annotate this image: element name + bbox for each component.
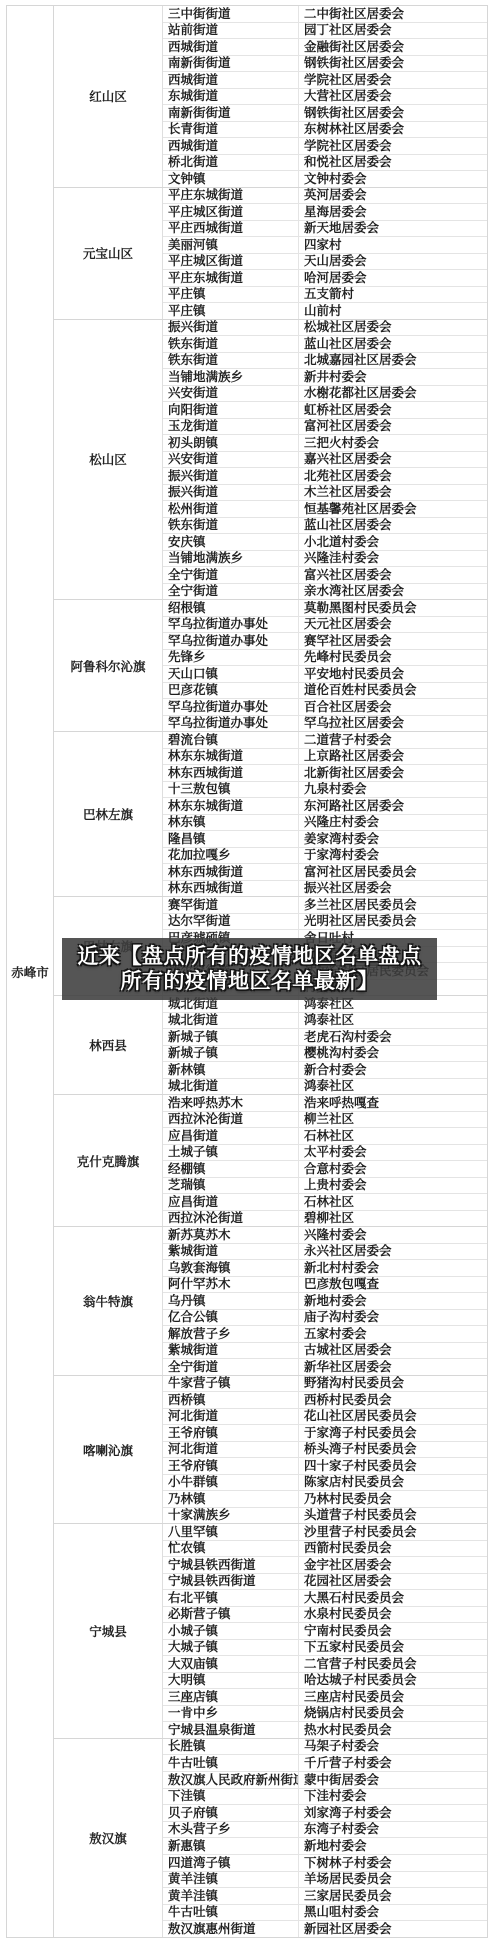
city-label-cell: 赤峰市: [7, 6, 54, 1937]
street-cell: 平庄西城街道: [163, 221, 299, 237]
district-cell: 翁牛特旗: [54, 1227, 163, 1375]
table-row: 巴彦花镇道伦百姓村民委员会: [163, 683, 487, 700]
table-row: 宁城县铁西街道金宇社区居委会: [163, 1557, 487, 1574]
street-cell: 四道湾子镇: [163, 1855, 299, 1871]
committee-cell: 亲水湾社区居委会: [299, 584, 487, 600]
table-row: 东城街道大营社区居委会: [163, 89, 487, 106]
committee-cell: 二中街社区居委会: [299, 6, 487, 22]
street-cell: 河北街道: [163, 1409, 299, 1425]
district-rows: 绍根镇莫勒黑图村民委员会罕乌拉街道办事处天元社区居委会罕乌拉街道办事处赛罕社区居…: [163, 600, 487, 731]
street-cell: 宁城县铁西街道: [163, 1557, 299, 1573]
street-cell: 西拉沐沦街道: [163, 1112, 299, 1128]
street-cell: 下洼镇: [163, 1789, 299, 1805]
committee-cell: 西箭村民委员会: [299, 1541, 487, 1557]
table-row: 桥北街道和悦社区居委会: [163, 155, 487, 172]
street-cell: 罕乌拉街道办事处: [163, 617, 299, 633]
district-section: 阿鲁科尔沁旗绍根镇莫勒黑图村民委员会罕乌拉街道办事处天元社区居委会罕乌拉街道办事…: [54, 600, 487, 732]
committee-cell: 四十家子村民委员会: [299, 1458, 487, 1474]
district-rows: 新苏莫苏木兴隆村委会紫城街道永兴社区居委会乌敦套海镇新北村村委会阿什罕苏木巴彦敖…: [163, 1227, 487, 1375]
table-row: 美丽河镇四家村: [163, 237, 487, 254]
table-row: 大城子镇下五家村民委员会: [163, 1640, 487, 1657]
street-cell: 三中街街道: [163, 6, 299, 22]
table-row: 振兴街道松城社区居委会: [163, 320, 487, 337]
street-cell: 新林镇: [163, 1062, 299, 1078]
committee-cell: 新华社区居委会: [299, 1359, 487, 1375]
table-row: 兴安街道水榭花都社区居委会: [163, 386, 487, 403]
street-cell: 兴安街道: [163, 452, 299, 468]
table-row: 三座店镇三座店村民委员会: [163, 1689, 487, 1706]
table-row: 新城子镇樱桃沟村委会: [163, 1046, 487, 1063]
committee-cell: 西桥村民委员会: [299, 1392, 487, 1408]
district-rows: 长胜镇马架子村委会牛古吐镇千斤营子村委会敖汉旗人民政府新州街道办事处蒙中街居委会…: [163, 1739, 487, 1937]
committee-cell: 下五家村民委员会: [299, 1640, 487, 1656]
street-cell: 东城街道: [163, 89, 299, 105]
street-cell: 小牛群镇: [163, 1475, 299, 1491]
table-row: 铁东街道北城嘉园社区居委会: [163, 353, 487, 370]
committee-cell: 马架子村委会: [299, 1739, 487, 1755]
table-row: 平庄镇五支箭村: [163, 287, 487, 304]
committee-cell: 九泉村委会: [299, 782, 487, 798]
street-cell: 乌敦套海镇: [163, 1260, 299, 1276]
committee-cell: 哈达城子村民委员会: [299, 1673, 487, 1689]
committee-cell: 老虎石沟村委会: [299, 1029, 487, 1045]
table-row: 乃林镇乃林村民委员会: [163, 1491, 487, 1508]
committee-cell: 宁南村民委员会: [299, 1623, 487, 1639]
table-row: 全宁街道亲水湾社区居委会: [163, 584, 487, 600]
committee-cell: 兴隆庄村委会: [299, 815, 487, 831]
committee-cell: 钢铁街社区居委会: [299, 105, 487, 121]
street-cell: 牛家营子镇: [163, 1376, 299, 1392]
district-cell: 宁城县: [54, 1524, 163, 1738]
committee-cell: 下洼村委会: [299, 1789, 487, 1805]
committee-cell: 大营社区居委会: [299, 89, 487, 105]
table-row: 西拉沐沦街道柳兰社区: [163, 1112, 487, 1129]
district-section: 元宝山区平庄东城街道英河居委会平庄城区街道星海居委会平庄西城街道新天地居委会美丽…: [54, 188, 487, 320]
table-row: 浩来呼热苏木浩来呼热嘎查: [163, 1095, 487, 1112]
committee-cell: 沙里营子村民委员会: [299, 1524, 487, 1540]
district-cell: 松山区: [54, 320, 163, 600]
street-cell: 大明镇: [163, 1673, 299, 1689]
committee-cell: 新井村委会: [299, 369, 487, 385]
committee-cell: 羊场居民委员会: [299, 1872, 487, 1888]
table-row: 小牛群镇陈家店村民委员会: [163, 1475, 487, 1492]
committee-cell: 庙子沟村委会: [299, 1310, 487, 1326]
committee-cell: 园丁社区居委会: [299, 23, 487, 39]
street-cell: 十家满族乡: [163, 1508, 299, 1524]
committee-cell: 巴彦敖包嘎查: [299, 1277, 487, 1293]
committee-cell: 永兴社区居委会: [299, 1244, 487, 1260]
committee-cell: 天元社区居委会: [299, 617, 487, 633]
street-cell: 玉龙街道: [163, 419, 299, 435]
table-row: 林东西城街道振兴社区居委会: [163, 881, 487, 897]
committee-cell: 新合村委会: [299, 1062, 487, 1078]
committee-cell: 兴隆村委会: [299, 1227, 487, 1243]
district-section: 敖汉旗长胜镇马架子村委会牛古吐镇千斤营子村委会敖汉旗人民政府新州街道办事处蒙中街…: [54, 1739, 487, 1937]
table-row: 平庄东城街道英河居委会: [163, 188, 487, 205]
committee-cell: 桥头湾子村民委员会: [299, 1442, 487, 1458]
committee-cell: 花山社区居民委员会: [299, 1409, 487, 1425]
street-cell: 罕乌拉街道办事处: [163, 699, 299, 715]
table-row: 芝瑞镇上贵村委会: [163, 1178, 487, 1195]
committee-cell: 振兴社区居委会: [299, 881, 487, 897]
committee-cell: 虹桥社区居委会: [299, 402, 487, 418]
street-cell: 林东西城街道: [163, 765, 299, 781]
committee-cell: 新天地居委会: [299, 221, 487, 237]
street-cell: 新城子镇: [163, 1046, 299, 1062]
table-row: 八里罕镇沙里营子村民委员会: [163, 1524, 487, 1541]
street-cell: 乃林镇: [163, 1491, 299, 1507]
table-row: 河北街道花山社区居民委员会: [163, 1409, 487, 1426]
street-cell: 西城街道: [163, 39, 299, 55]
table-row: 亿合公镇庙子沟村委会: [163, 1310, 487, 1327]
committee-cell: 英河居委会: [299, 188, 487, 204]
district-cell: 阿鲁科尔沁旗: [54, 600, 163, 731]
table-row: 城北街道鸿泰社区: [163, 1079, 487, 1095]
street-cell: 解放营子乡: [163, 1326, 299, 1342]
district-section: 宁城县八里罕镇沙里营子村民委员会忙农镇西箭村民委员会宁城县铁西街道金宇社区居委会…: [54, 1524, 487, 1739]
committee-cell: 新地村委会: [299, 1838, 487, 1854]
committee-cell: 嘉兴社区居委会: [299, 452, 487, 468]
street-cell: 西桥镇: [163, 1392, 299, 1408]
table-row: 乌丹镇新地村委会: [163, 1293, 487, 1310]
table-row: 宁城县铁西街道花园社区居委会: [163, 1574, 487, 1591]
committee-cell: 花园社区居委会: [299, 1574, 487, 1590]
committee-cell: 新地村委会: [299, 1293, 487, 1309]
committee-cell: 刘家湾子村委会: [299, 1805, 487, 1821]
committee-cell: 蓝山社区居委会: [299, 336, 487, 352]
page: 赤峰市 红山区三中街街道二中街社区居委会站前街道园丁社区居委会西城街道金融街社区…: [0, 0, 500, 1943]
table-row: 隆昌镇姜家湾村委会: [163, 831, 487, 848]
table-row: 下洼镇下洼村委会: [163, 1789, 487, 1806]
street-cell: 亿合公镇: [163, 1310, 299, 1326]
committee-cell: 于家湾村委会: [299, 848, 487, 864]
table-row: 向阳街道虹桥社区居委会: [163, 402, 487, 419]
committee-cell: 金融街社区居委会: [299, 39, 487, 55]
street-cell: 先锋乡: [163, 650, 299, 666]
table-row: 三中街街道二中街社区居委会: [163, 6, 487, 23]
committee-cell: 莫勒黑图村民委员会: [299, 600, 487, 616]
table-row: 应昌街道石林社区: [163, 1128, 487, 1145]
district-rows: 平庄东城街道英河居委会平庄城区街道星海居委会平庄西城街道新天地居委会美丽河镇四家…: [163, 188, 487, 319]
street-cell: 林东东城街道: [163, 749, 299, 765]
committee-cell: 上京路社区居委会: [299, 749, 487, 765]
committee-cell: 多兰社区居民委员会: [299, 897, 487, 913]
district-cell: 克什克腾旗: [54, 1095, 163, 1226]
district-rows: 浩来呼热苏木浩来呼热嘎查西拉沐沦街道柳兰社区应昌街道石林社区土城子镇太平村委会经…: [163, 1095, 487, 1226]
table-row: 当铺地满族乡兴隆洼村委会: [163, 551, 487, 568]
table-row: 敖汉旗人民政府新州街道办事处蒙中街居委会: [163, 1772, 487, 1789]
table-row: 西城街道金融街社区居委会: [163, 39, 487, 56]
street-cell: 紫城街道: [163, 1343, 299, 1359]
committee-cell: 蓝山社区居委会: [299, 518, 487, 534]
street-cell: 松州街道: [163, 501, 299, 517]
committee-cell: 小北道村委会: [299, 534, 487, 550]
table-row: 松州街道恒基馨苑社区居委会: [163, 501, 487, 518]
table-row: 牛家营子镇野猪沟村民委员会: [163, 1376, 487, 1393]
table-row: 西拉沐沦街道碧柳社区: [163, 1211, 487, 1227]
committee-cell: 木兰社区居委会: [299, 485, 487, 501]
table-row: 牛古吐镇千斤营子村委会: [163, 1755, 487, 1772]
table-row: 花加拉嘎乡于家湾村委会: [163, 848, 487, 865]
district-cell: 敖汉旗: [54, 1739, 163, 1937]
table-row: 安庆镇小北道村委会: [163, 534, 487, 551]
street-cell: 碧流台镇: [163, 732, 299, 748]
committee-cell: 碧柳社区: [299, 1211, 487, 1227]
street-cell: 当铺地满族乡: [163, 369, 299, 385]
street-cell: 新苏莫苏木: [163, 1227, 299, 1243]
committee-cell: 石林社区: [299, 1194, 487, 1210]
street-cell: 巴彦花镇: [163, 683, 299, 699]
table-row: 林东东城街道东河路社区居委会: [163, 798, 487, 815]
street-cell: 八里罕镇: [163, 1524, 299, 1540]
table-row: 西城街道学院社区居委会: [163, 72, 487, 89]
street-cell: 赛罕街道: [163, 897, 299, 913]
street-cell: 振兴街道: [163, 485, 299, 501]
table-row: 宁城县温泉街道热水村民委员会: [163, 1722, 487, 1738]
table-row: 全宁街道富兴社区居委会: [163, 567, 487, 584]
committee-cell: 头道营子村民委员会: [299, 1508, 487, 1524]
committee-cell: 姜家湾村委会: [299, 831, 487, 847]
table-row: 西桥镇西桥村民委员会: [163, 1392, 487, 1409]
committee-cell: 三把火村委会: [299, 435, 487, 451]
committee-cell: 百合社区居委会: [299, 699, 487, 715]
committee-cell: 东河路社区居委会: [299, 798, 487, 814]
street-cell: 浩来呼热苏木: [163, 1095, 299, 1111]
table-row: 平庄西城街道新天地居委会: [163, 221, 487, 238]
committee-cell: 合意村委会: [299, 1161, 487, 1177]
committee-cell: 二道营子村委会: [299, 732, 487, 748]
table-row: 先锋乡先峰村民委员会: [163, 650, 487, 667]
table-row: 平庄镇山前村: [163, 303, 487, 319]
committee-cell: 东湾子村委会: [299, 1822, 487, 1838]
committee-cell: 学院社区居委会: [299, 72, 487, 88]
street-cell: 长胜镇: [163, 1739, 299, 1755]
street-cell: 黄羊洼镇: [163, 1888, 299, 1904]
committee-cell: 太平村委会: [299, 1145, 487, 1161]
table-row: 忙农镇西箭村民委员会: [163, 1541, 487, 1558]
table-row: 乌敦套海镇新北村村委会: [163, 1260, 487, 1277]
street-cell: 铁东街道: [163, 518, 299, 534]
table-row: 黄羊洼镇三家居民委员会: [163, 1888, 487, 1905]
street-cell: 平庄镇: [163, 287, 299, 303]
district-section: 松山区振兴街道松城社区居委会铁东街道蓝山社区居委会铁东街道北城嘉园社区居委会当铺…: [54, 320, 487, 601]
district-cell: 红山区: [54, 6, 163, 187]
street-cell: 宁城县温泉街道: [163, 1722, 299, 1738]
committee-cell: 钢铁街社区居委会: [299, 56, 487, 72]
street-cell: 安庆镇: [163, 534, 299, 550]
street-cell: 平庄东城街道: [163, 188, 299, 204]
table-row: 天山口镇平安地村民委员会: [163, 666, 487, 683]
table-row: 林东西城街道北新街社区居委会: [163, 765, 487, 782]
table-row: 绍根镇莫勒黑图村民委员会: [163, 600, 487, 617]
committee-cell: 二官营子村民委员会: [299, 1656, 487, 1672]
street-cell: 初头朗镇: [163, 435, 299, 451]
street-cell: 必斯营子镇: [163, 1607, 299, 1623]
committee-cell: 哈河居委会: [299, 270, 487, 286]
table-row: 新林镇新合村委会: [163, 1062, 487, 1079]
table-row: 黄羊洼镇羊场居民委员会: [163, 1872, 487, 1889]
street-cell: 全宁街道: [163, 567, 299, 583]
committee-cell: 古城社区居委会: [299, 1343, 487, 1359]
table-row: 林东镇兴隆庄村委会: [163, 815, 487, 832]
street-cell: 河北街道: [163, 1442, 299, 1458]
street-cell: 小城子镇: [163, 1623, 299, 1639]
table-row: 解放营子乡五家村委会: [163, 1326, 487, 1343]
street-cell: 全宁街道: [163, 584, 299, 600]
table-row: 兴安街道嘉兴社区居委会: [163, 452, 487, 469]
street-cell: 忙农镇: [163, 1541, 299, 1557]
district-rows: 八里罕镇沙里营子村民委员会忙农镇西箭村民委员会宁城县铁西街道金宇社区居委会宁城县…: [163, 1524, 487, 1738]
district-rows: 三中街街道二中街社区居委会站前街道园丁社区居委会西城街道金融街社区居委会南新街街…: [163, 6, 487, 187]
street-cell: 新城子镇: [163, 1029, 299, 1045]
committee-cell: 五家村委会: [299, 1326, 487, 1342]
table-row: 罕乌拉街道办事处天元社区居委会: [163, 617, 487, 634]
street-cell: 站前街道: [163, 23, 299, 39]
street-cell: 达尔罕街道: [163, 914, 299, 930]
street-cell: 十三敖包镇: [163, 782, 299, 798]
street-cell: 牛古吐镇: [163, 1755, 299, 1771]
street-cell: 罕乌拉街道办事处: [163, 716, 299, 732]
committee-cell: 恒基馨苑社区居委会: [299, 501, 487, 517]
table-row: 罕乌拉街道办事处赛罕社区居委会: [163, 633, 487, 650]
district-cell: 林西县: [54, 996, 163, 1094]
street-cell: 应昌街道: [163, 1194, 299, 1210]
table-row: 文钟镇文钟村委会: [163, 171, 487, 187]
committee-cell: 和悦社区居委会: [299, 155, 487, 171]
street-cell: 大双庙镇: [163, 1656, 299, 1672]
committee-cell: 星海居委会: [299, 204, 487, 220]
committee-cell: 金宇社区居委会: [299, 1557, 487, 1573]
committee-cell: 黑山咀村委会: [299, 1905, 487, 1921]
district-cell: 喀喇沁旗: [54, 1376, 163, 1524]
street-cell: 阿什罕苏木: [163, 1277, 299, 1293]
committee-cell: 先峰村民委员会: [299, 650, 487, 666]
committee-cell: 平安地村民委员会: [299, 666, 487, 682]
table-row: 必斯营子镇水泉村民委员会: [163, 1607, 487, 1624]
committee-cell: 富兴社区居委会: [299, 567, 487, 583]
street-cell: 宁城县铁西街道: [163, 1574, 299, 1590]
table-row: 小城子镇宁南村民委员会: [163, 1623, 487, 1640]
watermark-line-2: 所有的疫情地区名单最新】: [121, 969, 379, 994]
committee-cell: 北新街社区居委会: [299, 765, 487, 781]
street-cell: 经棚镇: [163, 1161, 299, 1177]
street-cell: 平庄城区街道: [163, 254, 299, 270]
table-row: 平庄城区街道天山居委会: [163, 254, 487, 271]
street-cell: 紫城街道: [163, 1244, 299, 1260]
committee-cell: 天山居委会: [299, 254, 487, 270]
committee-cell: 东树林社区居委会: [299, 122, 487, 138]
street-cell: 木头营子乡: [163, 1822, 299, 1838]
table-row: 玉龙街道富河社区居委会: [163, 419, 487, 436]
table-row: 应昌街道石林社区: [163, 1194, 487, 1211]
table-row: 大明镇哈达城子村民委员会: [163, 1673, 487, 1690]
committee-cell: 鸿泰社区: [299, 1079, 487, 1095]
table-row: 初头朗镇三把火村委会: [163, 435, 487, 452]
table-row: 罕乌拉街道办事处罕乌拉社区居委会: [163, 716, 487, 732]
committee-cell: 三座店村民委员会: [299, 1689, 487, 1705]
street-cell: 西城街道: [163, 138, 299, 154]
street-cell: 敖汉旗惠州街道: [163, 1921, 299, 1937]
district-section: 克什克腾旗浩来呼热苏木浩来呼热嘎查西拉沐沦街道柳兰社区应昌街道石林社区土城子镇太…: [54, 1095, 487, 1227]
street-cell: 南新街街道: [163, 105, 299, 121]
table-row: 十三敖包镇九泉村委会: [163, 782, 487, 799]
street-cell: 平庄城区街道: [163, 204, 299, 220]
committee-cell: 松城社区居委会: [299, 320, 487, 336]
street-cell: 敖汉旗人民政府新州街道办事处: [163, 1772, 299, 1788]
table-row: 平庄城区街道星海居委会: [163, 204, 487, 221]
committee-cell: 下树林子村委会: [299, 1855, 487, 1871]
district-section: 翁牛特旗新苏莫苏木兴隆村委会紫城街道永兴社区居委会乌敦套海镇新北村村委会阿什罕苏…: [54, 1227, 487, 1376]
street-cell: 铁东街道: [163, 353, 299, 369]
table-row: 阿什罕苏木巴彦敖包嘎查: [163, 1277, 487, 1294]
committee-cell: 富河社区居委会: [299, 419, 487, 435]
table-row: 平庄东城街道哈河居委会: [163, 270, 487, 287]
table-row: 碧流台镇二道营子村委会: [163, 732, 487, 749]
committee-cell: 北苑社区居委会: [299, 468, 487, 484]
table-row: 新城子镇老虎石沟村委会: [163, 1029, 487, 1046]
committee-cell: 光明社区居民委员会: [299, 914, 487, 930]
street-cell: 大城子镇: [163, 1640, 299, 1656]
committee-cell: 五支箭村: [299, 287, 487, 303]
street-cell: 林东西城街道: [163, 864, 299, 880]
table-row: 牛古吐镇黑山咀村委会: [163, 1905, 487, 1922]
committee-cell: 野猪沟村民委员会: [299, 1376, 487, 1392]
street-cell: 绍根镇: [163, 600, 299, 616]
street-cell: 新惠镇: [163, 1838, 299, 1854]
street-cell: 平庄东城街道: [163, 270, 299, 286]
street-cell: 南新街街道: [163, 56, 299, 72]
committee-cell: 兴隆洼村委会: [299, 551, 487, 567]
street-cell: 美丽河镇: [163, 237, 299, 253]
committee-cell: 于家湾子村民委员会: [299, 1425, 487, 1441]
table-row: 敖汉旗惠州街道新园社区居委会: [163, 1921, 487, 1937]
table-row: 贝子府镇刘家湾子村委会: [163, 1805, 487, 1822]
street-cell: 土城子镇: [163, 1145, 299, 1161]
committee-cell: 陈家店村民委员会: [299, 1475, 487, 1491]
street-cell: 三座店镇: [163, 1689, 299, 1705]
table-row: 四道湾子镇下树林子村委会: [163, 1855, 487, 1872]
table-row: 新惠镇新地村委会: [163, 1838, 487, 1855]
table-row: 右北平镇大黑石村民委员会: [163, 1590, 487, 1607]
district-rows: 牛家营子镇野猪沟村民委员会西桥镇西桥村民委员会河北街道花山社区居民委员会王爷府镇…: [163, 1376, 487, 1524]
street-cell: 一肯中乡: [163, 1706, 299, 1722]
table-row: 经棚镇合意村委会: [163, 1161, 487, 1178]
table-row: 林东西城街道富河社区居民委员会: [163, 864, 487, 881]
table-row: 土城子镇太平村委会: [163, 1145, 487, 1162]
street-cell: 右北平镇: [163, 1590, 299, 1606]
watermark-banner: 近来【盘点所有的疫情地区名单盘点 所有的疫情地区名单最新】: [62, 938, 437, 1000]
committee-cell: 樱桃沟村委会: [299, 1046, 487, 1062]
district-rows: 城北街道鸿泰社区城北街道鸿泰社区新城子镇老虎石沟村委会新城子镇樱桃沟村委会新林镇…: [163, 996, 487, 1094]
table-row: 王爷府镇于家湾子村民委员会: [163, 1425, 487, 1442]
street-cell: 当铺地满族乡: [163, 551, 299, 567]
committee-cell: 上贵村委会: [299, 1178, 487, 1194]
table-row: 长胜镇马架子村委会: [163, 1739, 487, 1756]
committee-cell: 大黑石村民委员会: [299, 1590, 487, 1606]
table-row: 林东东城街道上京路社区居委会: [163, 749, 487, 766]
committee-cell: 蒙中街居委会: [299, 1772, 487, 1788]
table-row: 大双庙镇二官营子村民委员会: [163, 1656, 487, 1673]
table-row: 长青街道东树林社区居委会: [163, 122, 487, 139]
street-cell: 桥北街道: [163, 155, 299, 171]
committee-cell: 柳兰社区: [299, 1112, 487, 1128]
table-row: 一肯中乡烧锅店村民委员会: [163, 1706, 487, 1723]
committee-cell: 热水村民委员会: [299, 1722, 487, 1738]
table-row: 紫城街道永兴社区居委会: [163, 1244, 487, 1261]
table-row: 当铺地满族乡新井村委会: [163, 369, 487, 386]
street-cell: 牛古吐镇: [163, 1905, 299, 1921]
committee-cell: 道伦百姓村民委员会: [299, 683, 487, 699]
